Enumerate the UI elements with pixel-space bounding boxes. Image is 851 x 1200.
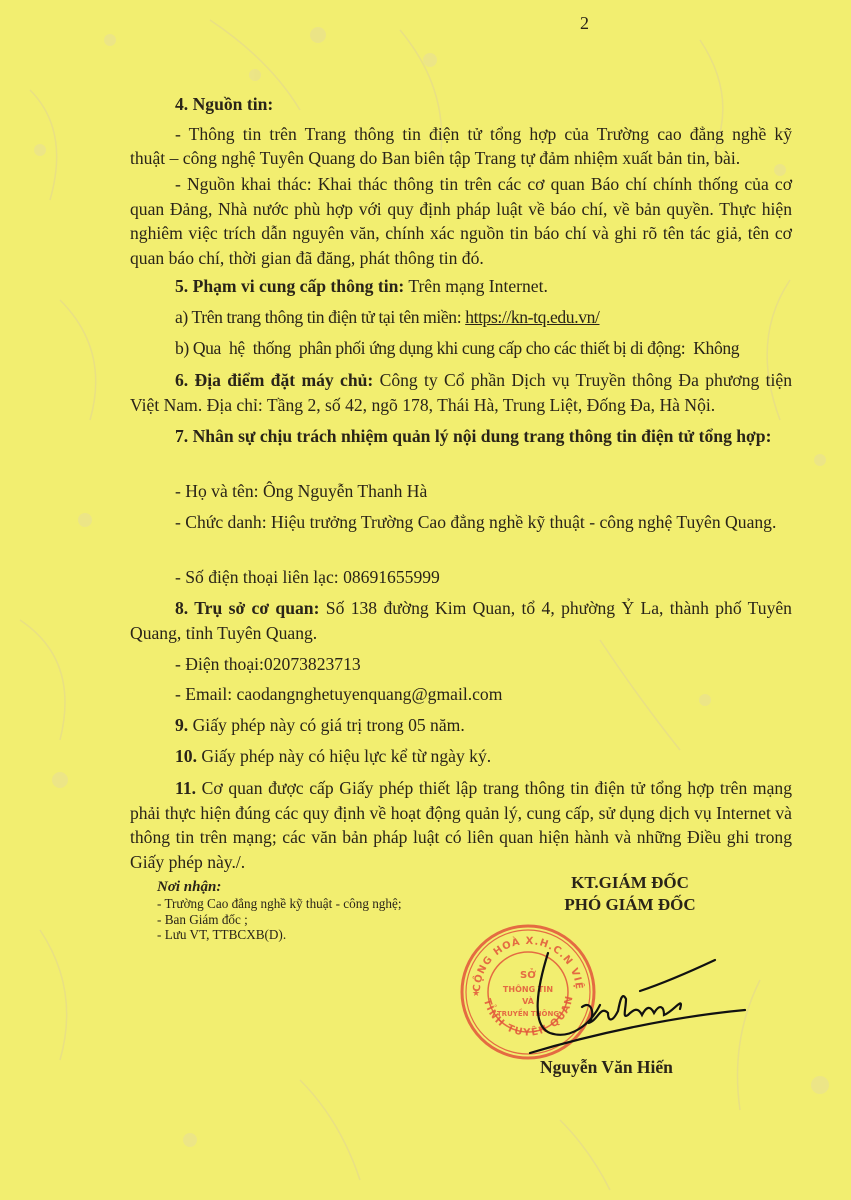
section-8: 8. Trụ sở cơ quan: Số 138 đường Kim Quan… — [130, 596, 792, 645]
section-4-heading: 4. Nguồn tin: — [175, 92, 837, 117]
section-7-title: - Chức danh: Hiệu trưởng Trường Cao đẳng… — [130, 510, 792, 535]
section-5a: a) Trên trang thông tin điện tử tại tên … — [130, 305, 792, 330]
section-8-email: - Email: caodangnghetuyenquang@gmail.com — [130, 682, 792, 707]
page-number: 2 — [580, 13, 589, 34]
section-4-para2: - Nguồn khai thác: Khai thác thông tin t… — [130, 172, 792, 270]
signature-line1: KT.GIÁM ĐỐC — [530, 872, 730, 894]
section-9: 9. Giấy phép này có giá trị trong 05 năm… — [130, 713, 792, 738]
section-7-phone: - Số điện thoại liên lạc: 08691655999 — [130, 565, 792, 590]
section-4-para1-line1: - Thông tin trên Trang thông tin điện tử… — [130, 122, 792, 147]
signature-title-block: KT.GIÁM ĐỐC PHÓ GIÁM ĐỐC — [530, 872, 730, 916]
section-10: 10. Giấy phép này có hiệu lực kể từ ngày… — [130, 744, 792, 769]
recipient-item: - Lưu VT, TTBCXB(D). — [157, 927, 402, 943]
recipient-item: - Trường Cao đẳng nghề kỹ thuật - công n… — [157, 896, 402, 912]
recipients-title: Nơi nhận: — [157, 878, 402, 896]
stamp-star-icon: ★ — [472, 989, 480, 999]
section-4-para1-line2: thuật – công nghệ Tuyên Quang do Ban biê… — [130, 146, 792, 171]
section-5b: b) Qua hệ thống phân phối ứng dụng khi c… — [130, 336, 792, 361]
domain-link[interactable]: https://kn-tq.edu.vn/ — [465, 307, 599, 327]
handwritten-signature — [500, 945, 760, 1065]
section-6: 6. Địa điểm đặt máy chủ: Công ty Cổ phần… — [130, 368, 792, 417]
signer-name: Nguyễn Văn Hiến — [540, 1057, 673, 1078]
section-8-phone: - Điện thoại:02073823713 — [130, 652, 792, 677]
section-7-name: - Họ và tên: Ông Nguyễn Thanh Hà — [130, 479, 792, 504]
section-7-heading: 7. Nhân sự chịu trách nhiệm quản lý nội … — [130, 422, 792, 450]
section-11: 11. Cơ quan được cấp Giấy phép thiết lập… — [130, 776, 792, 874]
recipients-block: Nơi nhận: - Trường Cao đẳng nghề kỹ thuậ… — [157, 878, 402, 943]
recipient-item: - Ban Giám đốc ; — [157, 912, 402, 928]
signature-line2: PHÓ GIÁM ĐỐC — [530, 894, 730, 916]
section-5: 5. Phạm vi cung cấp thông tin: Trên mạng… — [130, 274, 792, 299]
